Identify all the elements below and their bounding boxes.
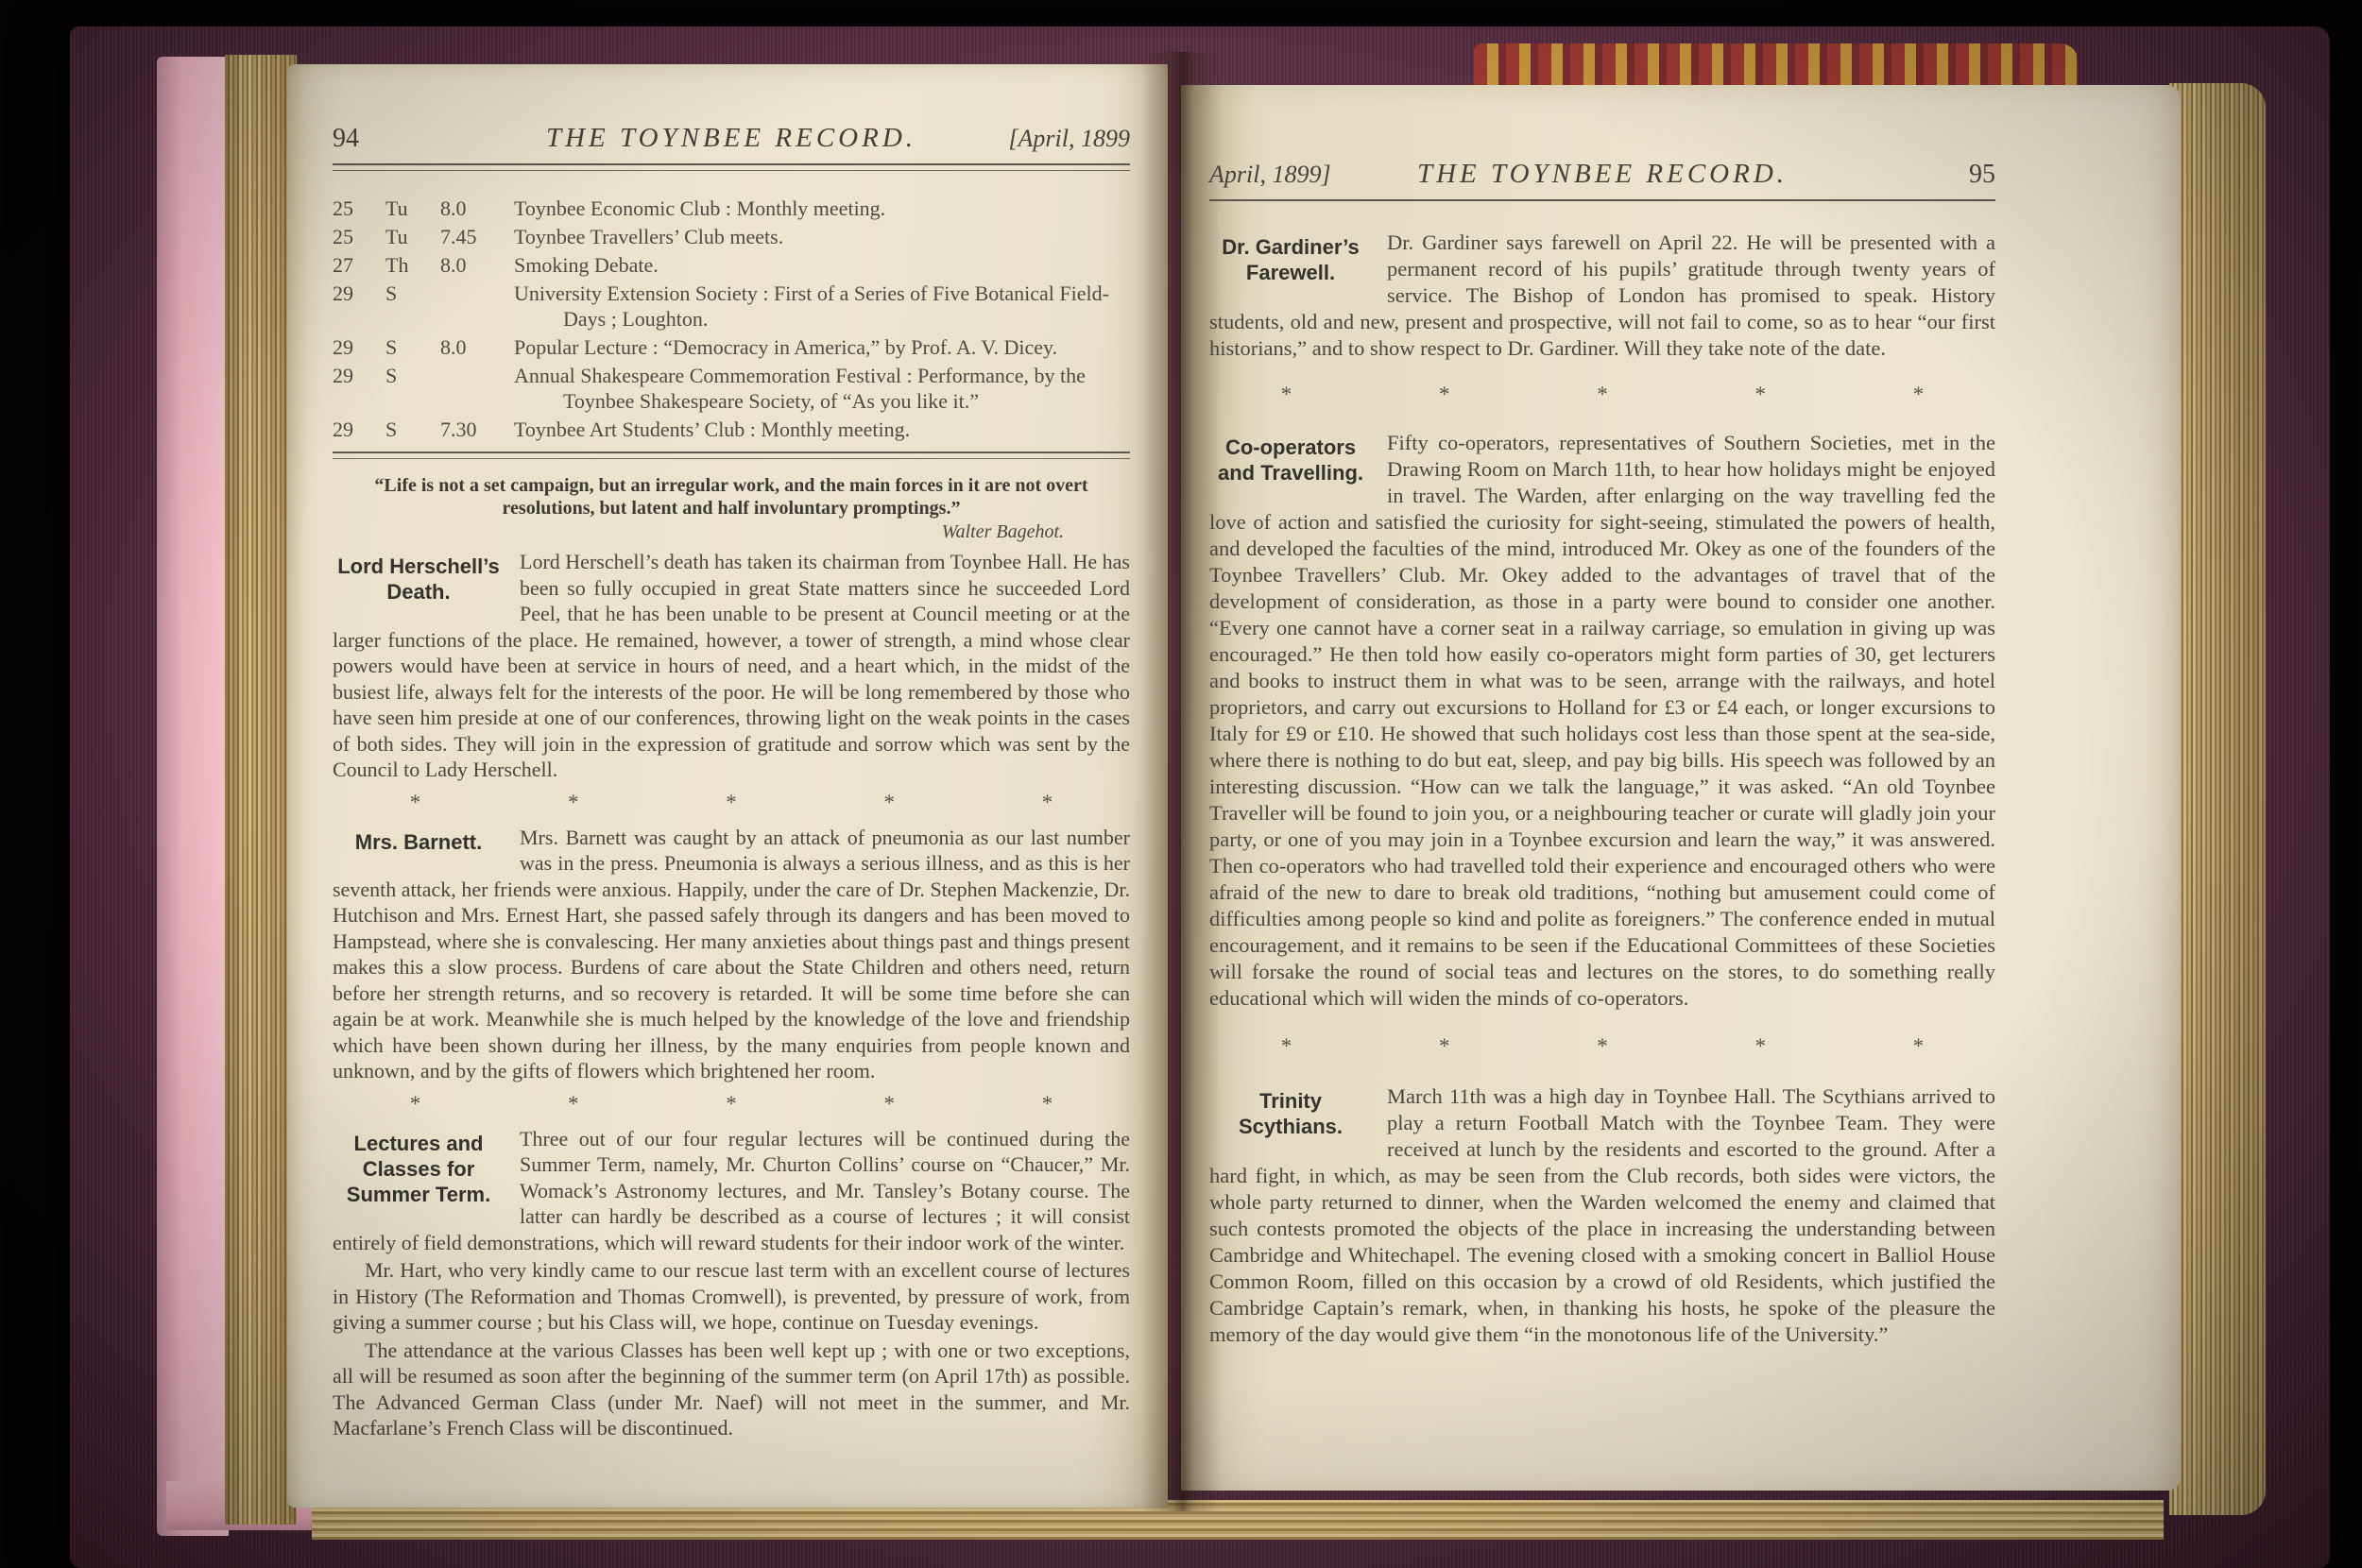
- right-page: April, 1899] THE TOYNBEE RECORD. 95 Dr. …: [1181, 85, 2181, 1491]
- schedule-time: 8.0: [440, 252, 514, 278]
- asterisk-separator: * * * * *: [333, 791, 1130, 815]
- section-lord-herschells-death: Lord Herschell’s Death. Lord Herschell’s…: [333, 549, 1130, 783]
- sidehead-co-operators-and-travelling: Co-operators and Travelling.: [1209, 430, 1372, 486]
- section-trinity-scythians: Trinity Scythians. March 11th was a high…: [1209, 1083, 1995, 1348]
- sidehead-lord-herschells-death: Lord Herschell’s Death.: [333, 549, 505, 605]
- schedule-date: 29: [333, 281, 385, 332]
- section-mrs-barnett: Mrs. Barnett. Mrs. Barnett was caught by…: [333, 825, 1130, 1084]
- schedule-day: S: [385, 363, 440, 414]
- epigraph-quote: “Life is not a set campaign, but an irre…: [333, 474, 1130, 520]
- journal-title: THE TOYNBEE RECORD.: [546, 123, 916, 154]
- page-stack-right-edge: [2169, 83, 2266, 1515]
- schedule-day: Tu: [385, 224, 440, 249]
- asterisk-separator: * * * * *: [333, 1092, 1130, 1116]
- schedule-date: 29: [333, 417, 385, 442]
- section-dr-gardiners-farewell: Dr. Gardiner’s Farewell. Dr. Gardiner sa…: [1209, 230, 1995, 362]
- schedule-date: 27: [333, 252, 385, 278]
- section-lectures-and-classes: Lectures and Classes for Summer Term. Th…: [333, 1126, 1130, 1441]
- schedule-event: University Extension Society : First of …: [514, 281, 1130, 332]
- section-co-operators-and-travelling: Co-operators and Travelling. Fifty co-op…: [1209, 430, 1995, 1012]
- schedule-row: 25 Tu 7.45 Toynbee Travellers’ Club meet…: [333, 224, 1130, 249]
- journal-title: THE TOYNBEE RECORD.: [1417, 159, 1788, 190]
- book-headband-decoration: [1474, 43, 2079, 87]
- schedule-time: 8.0: [440, 196, 514, 221]
- schedule-time: 7.45: [440, 224, 514, 249]
- schedule-time: 7.30: [440, 417, 514, 442]
- schedule-date: 25: [333, 196, 385, 221]
- schedule-day: Th: [385, 252, 440, 278]
- issue-date: April, 1899]: [1209, 161, 1417, 189]
- paragraph: The attendance at the various Classes ha…: [333, 1338, 1130, 1441]
- right-page-header: April, 1899] THE TOYNBEE RECORD. 95: [1209, 159, 1995, 190]
- header-rule: [333, 163, 1130, 171]
- paragraph: Mr. Hart, who very kindly came to our re…: [333, 1257, 1130, 1336]
- issue-date: [April, 1899: [916, 125, 1130, 153]
- left-page-header: 94 THE TOYNBEE RECORD. [April, 1899: [333, 123, 1130, 154]
- page-number-95: 95: [1788, 160, 1995, 190]
- asterisk-separator: * * * * *: [1209, 383, 1995, 407]
- schedule-row: 29 S Annual Shakespeare Commemoration Fe…: [333, 363, 1130, 414]
- paragraph: Fifty co-operators, representatives of S…: [1209, 430, 1995, 1012]
- schedule-rule: [333, 452, 1130, 459]
- schedule-time: [440, 281, 514, 332]
- schedule-row: 29 S University Extension Society : Firs…: [333, 281, 1130, 332]
- events-schedule: 25 Tu 8.0 Toynbee Economic Club : Monthl…: [333, 196, 1130, 442]
- schedule-row: 29 S 8.0 Popular Lecture : “Democracy in…: [333, 334, 1130, 360]
- sidehead-dr-gardiners-farewell: Dr. Gardiner’s Farewell.: [1209, 230, 1372, 285]
- sidehead-trinity-scythians: Trinity Scythians.: [1209, 1083, 1372, 1139]
- schedule-event: Toynbee Art Students’ Club : Monthly mee…: [514, 417, 1130, 442]
- page-number-94: 94: [333, 124, 546, 154]
- schedule-time: [440, 363, 514, 414]
- paragraph: Mrs. Barnett was caught by an attack of …: [333, 825, 1130, 1084]
- schedule-row: 27 Th 8.0 Smoking Debate.: [333, 252, 1130, 278]
- schedule-day: S: [385, 417, 440, 442]
- sidehead-mrs-barnett: Mrs. Barnett.: [333, 825, 505, 855]
- schedule-date: 29: [333, 334, 385, 360]
- schedule-event: Toynbee Economic Club : Monthly meeting.: [514, 196, 1130, 221]
- schedule-day: S: [385, 334, 440, 360]
- epigraph-attribution: Walter Bagehot.: [333, 521, 1064, 543]
- page-stack-left-edge: [225, 55, 297, 1525]
- header-rule: [1209, 199, 1995, 203]
- sidehead-lectures-and-classes: Lectures and Classes for Summer Term.: [333, 1126, 505, 1207]
- schedule-row: 29 S 7.30 Toynbee Art Students’ Club : M…: [333, 417, 1130, 442]
- schedule-event: Popular Lecture : “Democracy in America,…: [514, 334, 1130, 360]
- schedule-event: Toynbee Travellers’ Club meets.: [514, 224, 1130, 249]
- schedule-date: 29: [333, 363, 385, 414]
- schedule-date: 25: [333, 224, 385, 249]
- pink-endpaper-edge: [157, 57, 229, 1536]
- schedule-day: S: [385, 281, 440, 332]
- schedule-event: Smoking Debate.: [514, 252, 1130, 278]
- schedule-row: 25 Tu 8.0 Toynbee Economic Club : Monthl…: [333, 196, 1130, 221]
- schedule-time: 8.0: [440, 334, 514, 360]
- schedule-day: Tu: [385, 196, 440, 221]
- book-photo: { "colors": { "background": "#070405", "…: [0, 0, 2362, 1568]
- left-page: 94 THE TOYNBEE RECORD. [April, 1899 25 T…: [287, 64, 1168, 1508]
- schedule-event: Annual Shakespeare Commemoration Festiva…: [514, 363, 1130, 414]
- asterisk-separator: * * * * *: [1209, 1034, 1995, 1059]
